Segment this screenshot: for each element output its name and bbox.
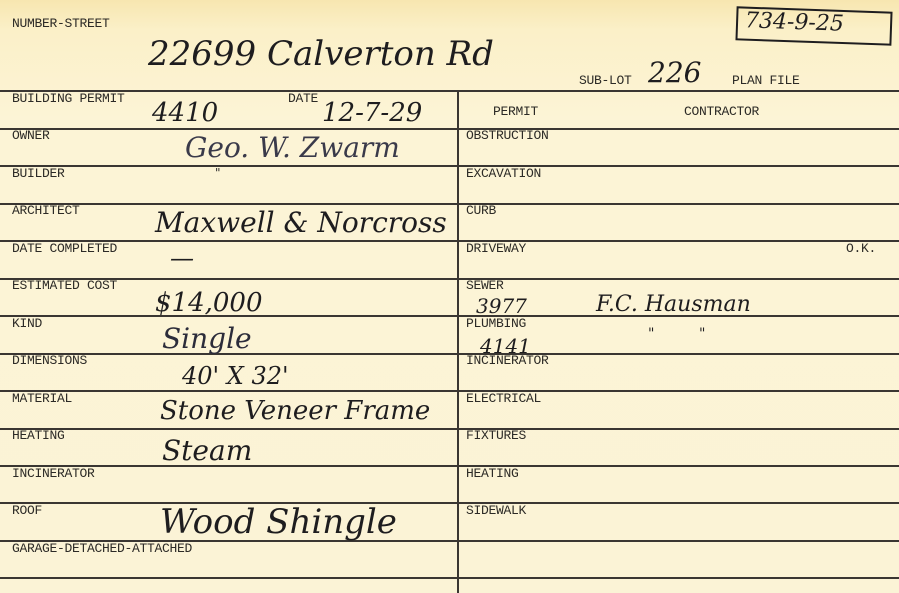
field-label: DATE COMPLETED: [12, 241, 117, 256]
field-label: ARCHITECT: [12, 203, 80, 218]
field-label: ESTIMATED COST: [12, 278, 117, 293]
contractor-name: " ": [648, 326, 705, 342]
field-value: Steam: [162, 434, 252, 467]
permit-label: FIXTURES: [466, 428, 526, 443]
plan-file-label: PLAN FILE: [732, 73, 800, 88]
field-label: ROOF: [12, 503, 42, 518]
permit-header: PERMIT: [493, 104, 538, 119]
contractor-header: CONTRACTOR: [684, 104, 759, 119]
date-value: 12-7-29: [322, 98, 422, 128]
sub-lot-label: SUB-LOT: [579, 73, 632, 88]
permit-label: EXCAVATION: [466, 166, 541, 181]
field-label: HEATING: [12, 428, 65, 443]
number-street-label: NUMBER-STREET: [12, 16, 110, 31]
permit-label: HEATING: [466, 466, 519, 481]
file-number: 734-9-25: [745, 8, 845, 36]
field-label: INCINERATOR: [12, 466, 95, 481]
permit-status: O.K.: [846, 241, 876, 256]
field-label: DIMENSIONS: [12, 353, 87, 368]
field-value: $14,000: [155, 288, 263, 318]
permit-label: OBSTRUCTION: [466, 128, 549, 143]
number-street-value: 22699 Calverton Rd: [148, 34, 494, 74]
field-value: ": [215, 166, 221, 180]
sub-lot-value: 226: [648, 56, 701, 89]
contractor-name: F.C. Hausman: [596, 292, 751, 317]
permit-label: PLUMBING: [466, 316, 526, 331]
field-label: GARAGE-DETACHED-ATTACHED: [12, 541, 192, 556]
permit-label: CURB: [466, 203, 496, 218]
field-value: Wood Shingle: [160, 502, 397, 542]
permit-label: INCINERATOR: [466, 353, 549, 368]
field-value: Single: [162, 322, 252, 355]
permit-label: SIDEWALK: [466, 503, 526, 518]
permit-label: DRIVEWAY: [466, 241, 526, 256]
field-value: —: [170, 244, 194, 272]
field-label: KIND: [12, 316, 42, 331]
permit-card: NUMBER-STREET 22699 Calverton Rd 734-9-2…: [0, 0, 899, 593]
field-value: 40' X 32': [182, 362, 289, 390]
field-label: BUILDER: [12, 166, 65, 181]
permit-label: ELECTRICAL: [466, 391, 541, 406]
date-label: DATE: [288, 91, 318, 106]
building-permit-value: 4410: [152, 98, 218, 128]
field-value: Maxwell & Norcross: [155, 206, 447, 239]
permit-label: SEWER: [466, 278, 504, 293]
field-label: MATERIAL: [12, 391, 72, 406]
permit-number: 3977: [476, 294, 527, 318]
building-permit-label: BUILDING PERMIT: [12, 91, 125, 106]
field-value: Stone Veneer Frame: [160, 396, 430, 426]
field-label: OWNER: [12, 128, 50, 143]
field-value: Geo. W. Zwarm: [185, 131, 400, 164]
